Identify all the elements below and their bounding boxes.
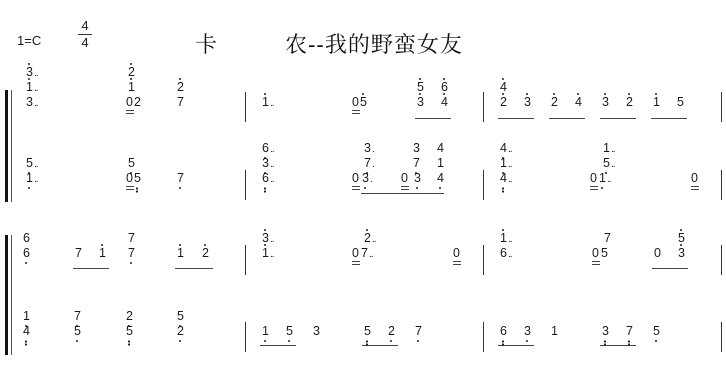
note: 3 [417,96,424,109]
duration-dots: .. [508,159,512,170]
note: 1 [551,325,558,338]
note: 2 [202,247,209,260]
time-signature: 4 4 [78,19,92,50]
rest: 0 [401,172,408,185]
beam-underline [651,118,687,119]
note: 2 [134,96,141,109]
barline [483,322,484,352]
note: 1 [177,247,184,260]
note-digit: 2 [177,325,184,338]
duration-dots: .. [34,174,38,185]
note-digit: 3 [362,172,369,185]
note-digit: 5 [126,325,133,338]
note-digit: 2 [551,96,558,109]
note-digit: 1 [500,157,507,170]
note-digit: 5 [603,157,610,170]
rest: 0 [654,247,661,260]
duration-dots: .. [270,144,274,155]
note-digit: 3 [262,232,269,245]
note: 7.. [361,247,373,260]
key-signature: 1=C [17,33,41,48]
note: 3.. [26,96,38,109]
note-digit: 5 [177,310,184,323]
note: 0 [401,172,408,185]
barline [721,245,722,275]
note: 6 [23,247,30,260]
note-digit: 7 [74,310,81,323]
note: 3. [364,142,374,155]
note-digit: 7 [361,247,368,260]
double-underline [453,261,461,265]
note: 2 [626,96,633,109]
beam-underline [652,268,688,269]
duration-dots: .. [508,174,512,185]
note-digit: 5 [26,157,33,170]
note-digit: 5 [677,96,684,109]
note-digit: 2 [128,66,135,79]
note: 4 [441,96,448,109]
note-digit: 1 [177,247,184,260]
note: 1 [99,247,106,260]
note-digit: 1 [599,172,606,185]
note-digit: 6 [23,247,30,260]
note: 3 [313,325,320,338]
duration-dots: .. [34,98,38,109]
note-digit: 2 [134,96,141,109]
rest: 0 [352,172,359,185]
note: 5 [364,325,371,338]
beam-underline [600,118,636,119]
note: 6 [500,325,507,338]
double-underline [126,186,134,190]
duration-dots: .. [34,68,38,79]
double-underline [126,110,134,114]
duration-dots: .. [34,83,38,94]
note-digit: 7 [177,96,184,109]
barline [721,92,722,122]
note: 7 [128,232,135,245]
note-digit: 4 [500,81,507,94]
note: 0 [691,172,698,185]
beam-underline [361,193,444,194]
note: 3 [524,96,531,109]
note: 3 [602,325,609,338]
note-digit: 1 [26,81,33,94]
note-digit: 3 [26,66,33,79]
duration-dots: .. [369,249,373,260]
beam-underline [549,118,585,119]
beam-underline [498,118,534,119]
note-digit: 6 [23,232,30,245]
note: 5 [360,96,367,109]
note: 2 [388,325,395,338]
duration-dots: . [372,144,374,155]
double-underline [592,261,600,265]
rest: 0 [592,247,599,260]
duration-dots: .. [611,159,615,170]
note-digit: 5 [601,247,608,260]
note: 2 [500,96,507,109]
note-digit: 3 [602,325,609,338]
note: 1 [128,81,135,94]
note-digit: 2 [177,81,184,94]
barline [245,245,246,275]
note: 6.. [262,142,274,155]
note-digit: 7 [415,325,422,338]
double-underline [590,186,598,190]
barline [245,322,246,352]
note: 1.. [603,142,615,155]
note: 1 [437,157,444,170]
note: 1.. [500,232,512,245]
note-digit: 3 [414,172,421,185]
barline [483,170,484,200]
note: 7 [413,157,420,170]
note: 7. [364,157,374,170]
note: 6 [441,81,448,94]
note: 3. [362,172,372,185]
note-digit: 1 [603,142,610,155]
rest: 0 [126,96,133,109]
barline [483,92,484,122]
note-digit: 2 [626,96,633,109]
duration-dots: .. [508,249,512,260]
note-digit: 5 [653,325,660,338]
note-digit: 2 [500,96,507,109]
note: 4 [575,96,582,109]
duration-dots: .. [270,174,274,185]
beam-underline [260,345,296,346]
note: 5 [74,325,81,338]
note-digit: 3 [417,96,424,109]
duration-dots: .. [270,98,274,109]
note-digit: 1 [262,325,269,338]
rest: 0 [352,247,359,260]
note-digit: 7 [177,172,184,185]
note-digit: 5 [364,325,371,338]
note: 1 [653,96,660,109]
note-digit: 3 [678,247,685,260]
beam-underline [73,268,109,269]
score-title-part2: 农--我的野蛮女友 [285,28,463,59]
note: 5 [134,172,141,185]
note: 7 [75,247,82,260]
note-digit: 6 [500,247,507,260]
note: 5 [417,81,424,94]
double-underline [691,186,699,190]
time-signature-top: 4 [78,19,92,33]
note: 4 [437,172,444,185]
note-digit: 7 [128,232,135,245]
note-digit: 3 [313,325,320,338]
note: 2 [551,96,558,109]
note: 3 [678,247,685,260]
note-digit: 1 [128,81,135,94]
note-digit: 3 [524,325,531,338]
note-digit: 1 [26,172,33,185]
note: 4 [437,142,444,155]
system-bracket-thin [11,90,12,202]
note: 3 [414,172,421,185]
note-digit: 1 [262,247,269,260]
barline [721,170,722,200]
note-digit: 6 [441,81,448,94]
note-digit: 7 [364,157,371,170]
duration-dots: .. [508,144,512,155]
rest: 0 [691,172,698,185]
note: 0 [352,172,359,185]
note: 7 [177,172,184,185]
double-underline [352,110,360,114]
note-digit: 6 [262,142,269,155]
note-digit: 4 [23,325,30,338]
note: 7 [177,96,184,109]
note: 5 [126,325,133,338]
note: 0 [126,96,133,109]
note-digit: 4 [441,96,448,109]
rest: 0 [590,172,597,185]
note-digit: 4 [500,172,507,185]
note: 2 [126,310,133,323]
note-digit: 3 [364,142,371,155]
system-bracket-thick [5,235,8,355]
note: 0 [592,247,599,260]
duration-dots: .. [270,234,274,245]
duration-dots: .. [34,159,38,170]
note-digit: 4 [500,142,507,155]
note: 4 [500,81,507,94]
barline [245,170,246,200]
note-digit: 1 [99,247,106,260]
note: 3 [602,96,609,109]
note: 3 [413,142,420,155]
note: 2.. [364,232,376,245]
note: 2 [177,81,184,94]
note: 6.. [500,247,512,260]
note-digit: 1 [262,96,269,109]
time-signature-bottom: 4 [78,36,92,50]
note-digit: 1 [23,310,30,323]
note-digit: 5 [134,172,141,185]
note: 5 [177,310,184,323]
beam-underline [415,118,451,119]
note: 1.. [26,172,38,185]
note-digit: 7 [604,232,611,245]
note: 4.. [500,142,512,155]
note: 6 [23,232,30,245]
barline [245,92,246,122]
note: 7 [128,247,135,260]
note-digit: 3 [602,96,609,109]
note-digit: 3 [26,96,33,109]
note: 1.. [262,96,274,109]
note-digit: 5 [678,232,685,245]
note-digit: 1 [653,96,660,109]
note: 3.. [262,157,274,170]
beam-underline [175,268,213,269]
note-digit: 7 [626,325,633,338]
double-underline [401,186,409,190]
note: 4 [23,325,30,338]
note-digit: 4 [437,172,444,185]
note-digit: 2 [126,310,133,323]
note: 6.. [262,172,274,185]
note-digit: 1 [500,232,507,245]
note: 1.. [500,157,512,170]
note-digit: 2 [364,232,371,245]
barline [721,322,722,352]
note: 7 [415,325,422,338]
note-digit: 5 [128,157,135,170]
note: 0 [352,96,359,109]
note-digit: 7 [75,247,82,260]
note-digit: 1 [437,157,444,170]
duration-dots: . [372,159,374,170]
note-digit: 7 [413,157,420,170]
duration-dots: .. [270,159,274,170]
note: 5 [678,232,685,245]
note-digit: 4 [437,142,444,155]
note: 5 [286,325,293,338]
rest: 0 [453,247,460,260]
note: 1 [262,325,269,338]
note: 5 [677,96,684,109]
note: 2 [128,66,135,79]
rest: 0 [126,172,133,185]
duration-dots: . [370,174,372,185]
note: 7 [626,325,633,338]
system-bracket-thin [11,235,12,355]
note-digit: 4 [575,96,582,109]
note: 1 [23,310,30,323]
note-digit: 3 [524,96,531,109]
note: 5 [601,247,608,260]
score-title-part1: 卡 [195,28,218,59]
note-digit: 5 [360,96,367,109]
numbered-score-page: 1=C 4 4 卡 农--我的野蛮女友 3..1..3..2102271..05… [0,0,726,373]
note-digit: 3 [262,157,269,170]
note: 0 [654,247,661,260]
double-underline [352,261,360,265]
duration-dots: .. [607,174,611,185]
note-digit: 5 [286,325,293,338]
system-bracket-thick [5,90,8,202]
note-digit: 2 [388,325,395,338]
note: 5 [128,157,135,170]
note-digit: 6 [262,172,269,185]
note-digit: 7 [128,247,135,260]
note: 7 [604,232,611,245]
note: 5.. [26,157,38,170]
note: 5.. [603,157,615,170]
note: 2 [177,325,184,338]
duration-dots: .. [508,234,512,245]
note: 4.. [500,172,512,185]
note-digit: 5 [417,81,424,94]
note: 7 [74,310,81,323]
note-digit: 2 [202,247,209,260]
note-digit: 1 [551,325,558,338]
double-underline [352,186,360,190]
note: 1.. [599,172,611,185]
barline [483,245,484,275]
note: 0 [453,247,460,260]
note: 0 [590,172,597,185]
note: 0 [352,247,359,260]
note: 0 [126,172,133,185]
note: 5 [653,325,660,338]
note-digit: 6 [500,325,507,338]
note: 3 [524,325,531,338]
rest: 0 [352,96,359,109]
duration-dots: .. [372,234,376,245]
note: 1.. [26,81,38,94]
duration-dots: .. [611,144,615,155]
duration-dots: .. [270,249,274,260]
note-digit: 3 [413,142,420,155]
note: 1.. [262,247,274,260]
note-digit: 5 [74,325,81,338]
